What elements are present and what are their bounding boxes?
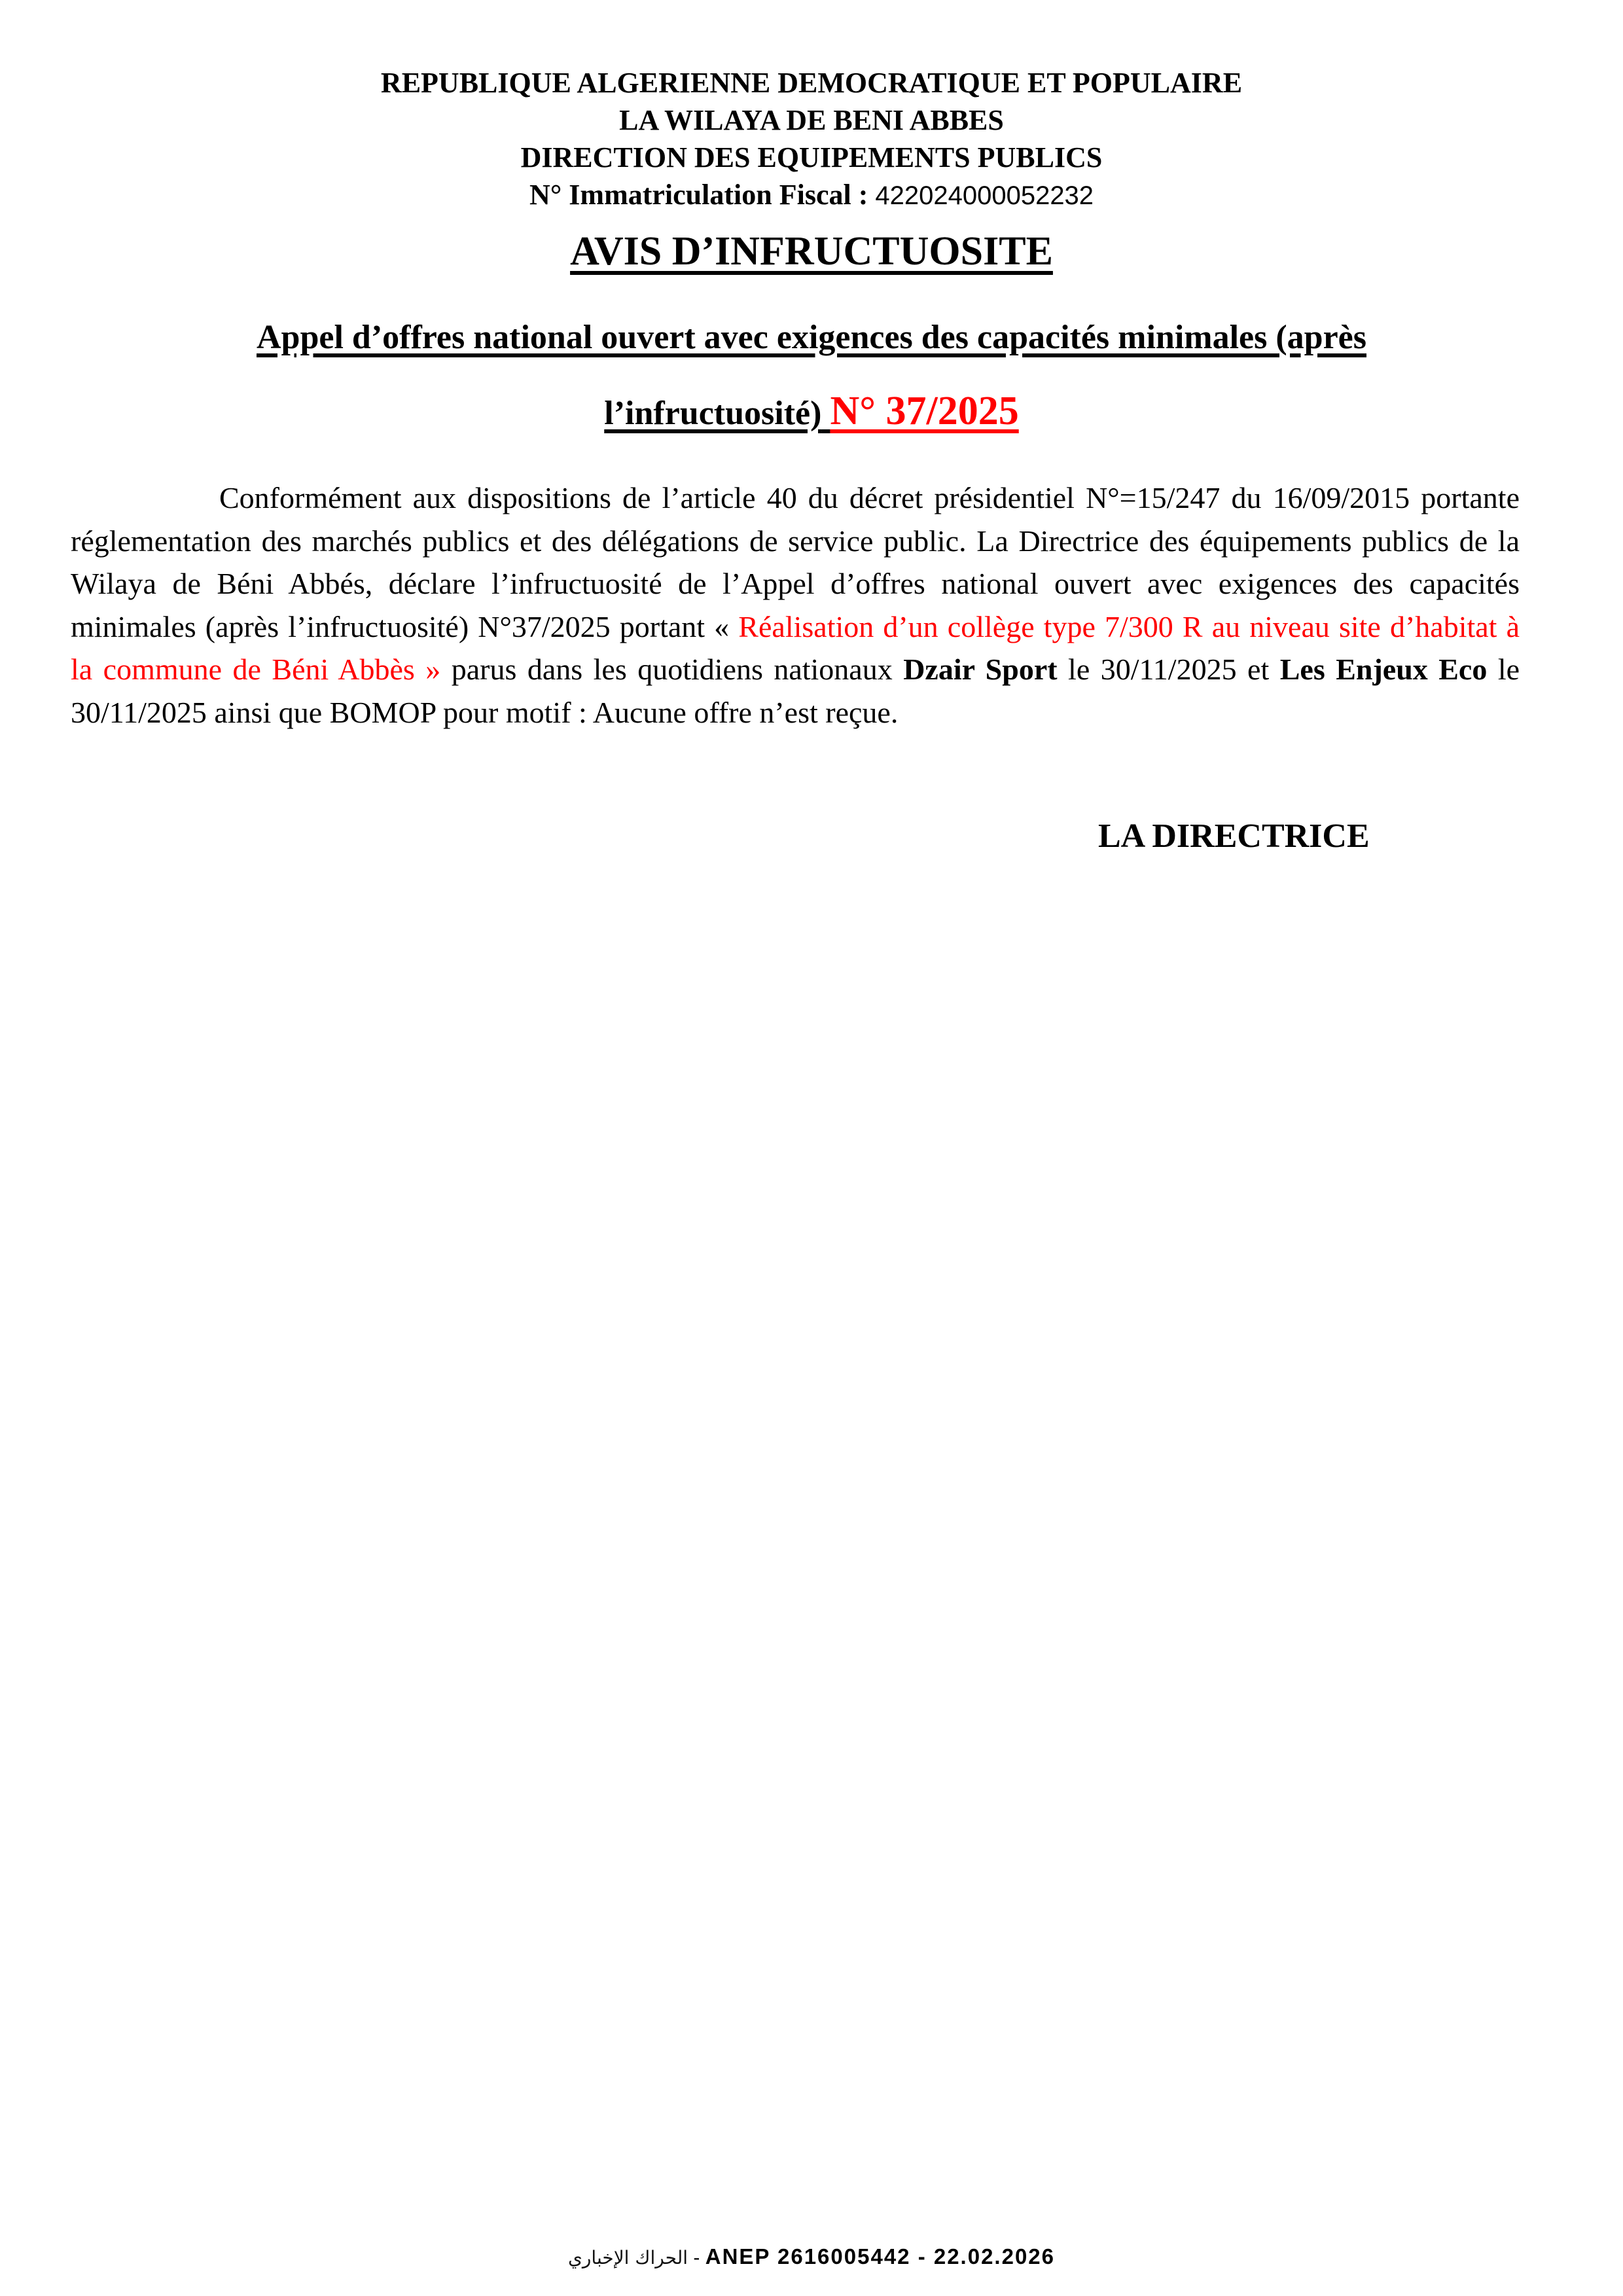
footer-separator: - xyxy=(688,2247,705,2269)
newspaper-2: Les Enjeux Eco xyxy=(1280,653,1488,686)
document-header: REPUBLIQUE ALGERIENNE DEMOCRATIQUE ET PO… xyxy=(0,64,1623,215)
subtitle-line2: l’infructuosité) xyxy=(604,395,821,432)
subtitle-line1: Appel d’offres national ouvert avec exig… xyxy=(257,319,1366,356)
body-part3: le 30/11/2025 et xyxy=(1058,653,1280,686)
header-wilaya: LA WILAYA DE BENI ABBES xyxy=(0,101,1623,139)
document-title: AVIS D’INFRUCTUOSITE xyxy=(0,226,1623,276)
fiscal-number: 422024000052232 xyxy=(875,181,1094,210)
newspaper-1: Dzair Sport xyxy=(903,653,1057,686)
fiscal-label: N° Immatriculation Fiscal : xyxy=(529,179,868,211)
body-part2: parus dans les quotidiens nationaux xyxy=(440,653,903,686)
tender-number: N° 37/2025 xyxy=(830,389,1018,433)
document-subtitle: Appel d’offres national ouvert avec exig… xyxy=(111,301,1512,450)
header-fiscal-id: N° Immatriculation Fiscal : 422024000052… xyxy=(0,176,1623,215)
header-direction: DIRECTION DES EQUIPEMENTS PUBLICS xyxy=(0,139,1623,176)
signature-block: LA DIRECTRICE xyxy=(1098,817,1370,856)
title-text: AVIS D’INFRUCTUOSITE xyxy=(570,229,1053,274)
notice-body: Conformément aux dispositions de l’artic… xyxy=(71,476,1520,734)
header-republic: REPUBLIQUE ALGERIENNE DEMOCRATIQUE ET PO… xyxy=(0,64,1623,101)
footer-anep-reference: ANEP 2616005442 - 22.02.2026 xyxy=(705,2244,1055,2269)
footer-newspaper-arabic: الحراك الإخباري xyxy=(568,2247,688,2269)
publication-footer: الحراك الإخباري - ANEP 2616005442 - 22.0… xyxy=(0,2244,1623,2271)
